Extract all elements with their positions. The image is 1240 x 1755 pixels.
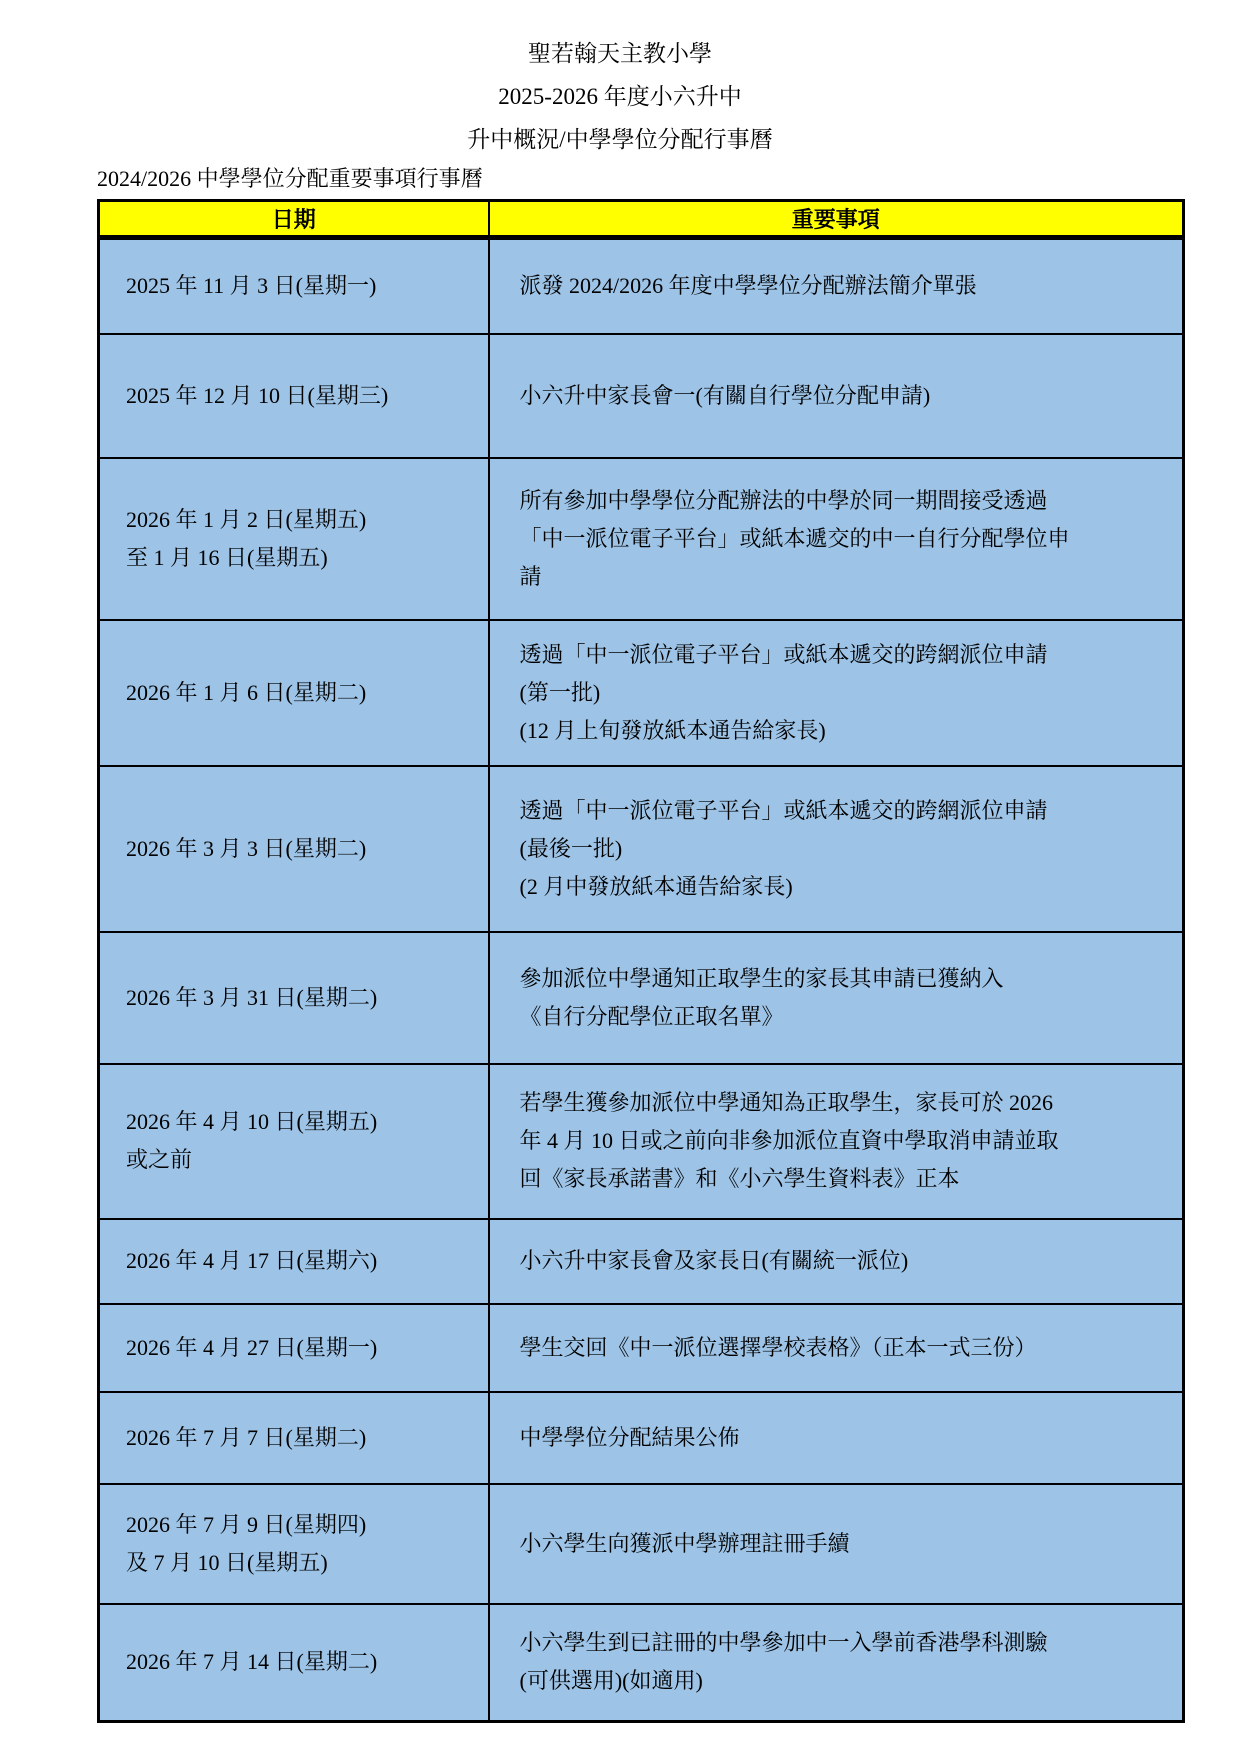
document-page: 聖若翰天主教小學 2025-2026 年度小六升中 升中概況/中學學位分配行事曆… [0, 0, 1240, 1755]
event-cell: 透過「中一派位電子平台」或紙本遞交的跨網派位申請 (最後一批) (2 月中發放紙… [489, 766, 1184, 932]
event-cell: 小六學生向獲派中學辦理註冊手續 [489, 1484, 1184, 1604]
table-row: 2026 年 3 月 3 日(星期二)透過「中一派位電子平台」或紙本遞交的跨網派… [99, 766, 1184, 932]
table-row: 2026 年 4 月 10 日(星期五) 或之前若學生獲參加派位中學通知為正取學… [99, 1064, 1184, 1219]
table-row: 2026 年 4 月 27 日(星期一)學生交回《中一派位選擇學校表格》（正本一… [99, 1304, 1184, 1392]
allocation-calendar-table: 日期 重要事項 2025 年 11 月 3 日(星期一)派發 2024/2026… [97, 199, 1185, 1723]
table-row: 2026 年 7 月 7 日(星期二)中學學位分配結果公佈 [99, 1392, 1184, 1484]
table-body: 2025 年 11 月 3 日(星期一)派發 2024/2026 年度中學學位分… [99, 238, 1184, 1722]
event-cell: 參加派位中學通知正取學生的家長其申請已獲納入 《自行分配學位正取名單》 [489, 932, 1184, 1064]
table-row: 2026 年 1 月 2 日(星期五) 至 1 月 16 日(星期五)所有參加中… [99, 458, 1184, 620]
table-row: 2026 年 7 月 9 日(星期四) 及 7 月 10 日(星期五)小六學生向… [99, 1484, 1184, 1604]
date-cell: 2026 年 3 月 31 日(星期二) [99, 932, 489, 1064]
event-cell: 學生交回《中一派位選擇學校表格》（正本一式三份） [489, 1304, 1184, 1392]
table-caption: 2024/2026 中學學位分配重要事項行事曆 [97, 165, 1240, 193]
table-row: 2026 年 3 月 31 日(星期二)參加派位中學通知正取學生的家長其申請已獲… [99, 932, 1184, 1064]
event-cell: 派發 2024/2026 年度中學學位分配辦法簡介單張 [489, 238, 1184, 334]
date-cell: 2025 年 12 月 10 日(星期三) [99, 334, 489, 458]
date-cell: 2026 年 4 月 27 日(星期一) [99, 1304, 489, 1392]
date-cell: 2025 年 11 月 3 日(星期一) [99, 238, 489, 334]
document-title-block: 聖若翰天主教小學 2025-2026 年度小六升中 升中概況/中學學位分配行事曆 [0, 0, 1240, 161]
date-cell: 2026 年 1 月 6 日(星期二) [99, 620, 489, 766]
date-cell: 2026 年 1 月 2 日(星期五) 至 1 月 16 日(星期五) [99, 458, 489, 620]
date-cell: 2026 年 7 月 14 日(星期二) [99, 1604, 489, 1722]
date-cell: 2026 年 4 月 17 日(星期六) [99, 1219, 489, 1304]
column-header-date: 日期 [99, 201, 489, 238]
date-cell: 2026 年 7 月 7 日(星期二) [99, 1392, 489, 1484]
date-cell: 2026 年 4 月 10 日(星期五) 或之前 [99, 1064, 489, 1219]
table-row: 2026 年 4 月 17 日(星期六)小六升中家長會及家長日(有關統一派位) [99, 1219, 1184, 1304]
event-cell: 透過「中一派位電子平台」或紙本遞交的跨網派位申請 (第一批) (12 月上旬發放… [489, 620, 1184, 766]
school-name: 聖若翰天主教小學 [0, 32, 1240, 75]
event-cell: 若學生獲參加派位中學通知為正取學生，家長可於 2026 年 4 月 10 日或之… [489, 1064, 1184, 1219]
document-year-line: 2025-2026 年度小六升中 [0, 75, 1240, 118]
date-cell: 2026 年 3 月 3 日(星期二) [99, 766, 489, 932]
event-cell: 小六升中家長會及家長日(有關統一派位) [489, 1219, 1184, 1304]
table-row: 2025 年 11 月 3 日(星期一)派發 2024/2026 年度中學學位分… [99, 238, 1184, 334]
event-cell: 小六升中家長會一(有關自行學位分配申請) [489, 334, 1184, 458]
event-cell: 中學學位分配結果公佈 [489, 1392, 1184, 1484]
table-row: 2026 年 7 月 14 日(星期二)小六學生到已註冊的中學參加中一入學前香港… [99, 1604, 1184, 1722]
event-cell: 所有參加中學學位分配辦法的中學於同一期間接受透過 「中一派位電子平台」或紙本遞交… [489, 458, 1184, 620]
table-header-row: 日期 重要事項 [99, 201, 1184, 238]
column-header-event: 重要事項 [489, 201, 1184, 238]
document-subtitle: 升中概況/中學學位分配行事曆 [0, 118, 1240, 161]
table-row: 2025 年 12 月 10 日(星期三)小六升中家長會一(有關自行學位分配申請… [99, 334, 1184, 458]
date-cell: 2026 年 7 月 9 日(星期四) 及 7 月 10 日(星期五) [99, 1484, 489, 1604]
event-cell: 小六學生到已註冊的中學參加中一入學前香港學科測驗 (可供選用)(如適用) [489, 1604, 1184, 1722]
table-row: 2026 年 1 月 6 日(星期二)透過「中一派位電子平台」或紙本遞交的跨網派… [99, 620, 1184, 766]
